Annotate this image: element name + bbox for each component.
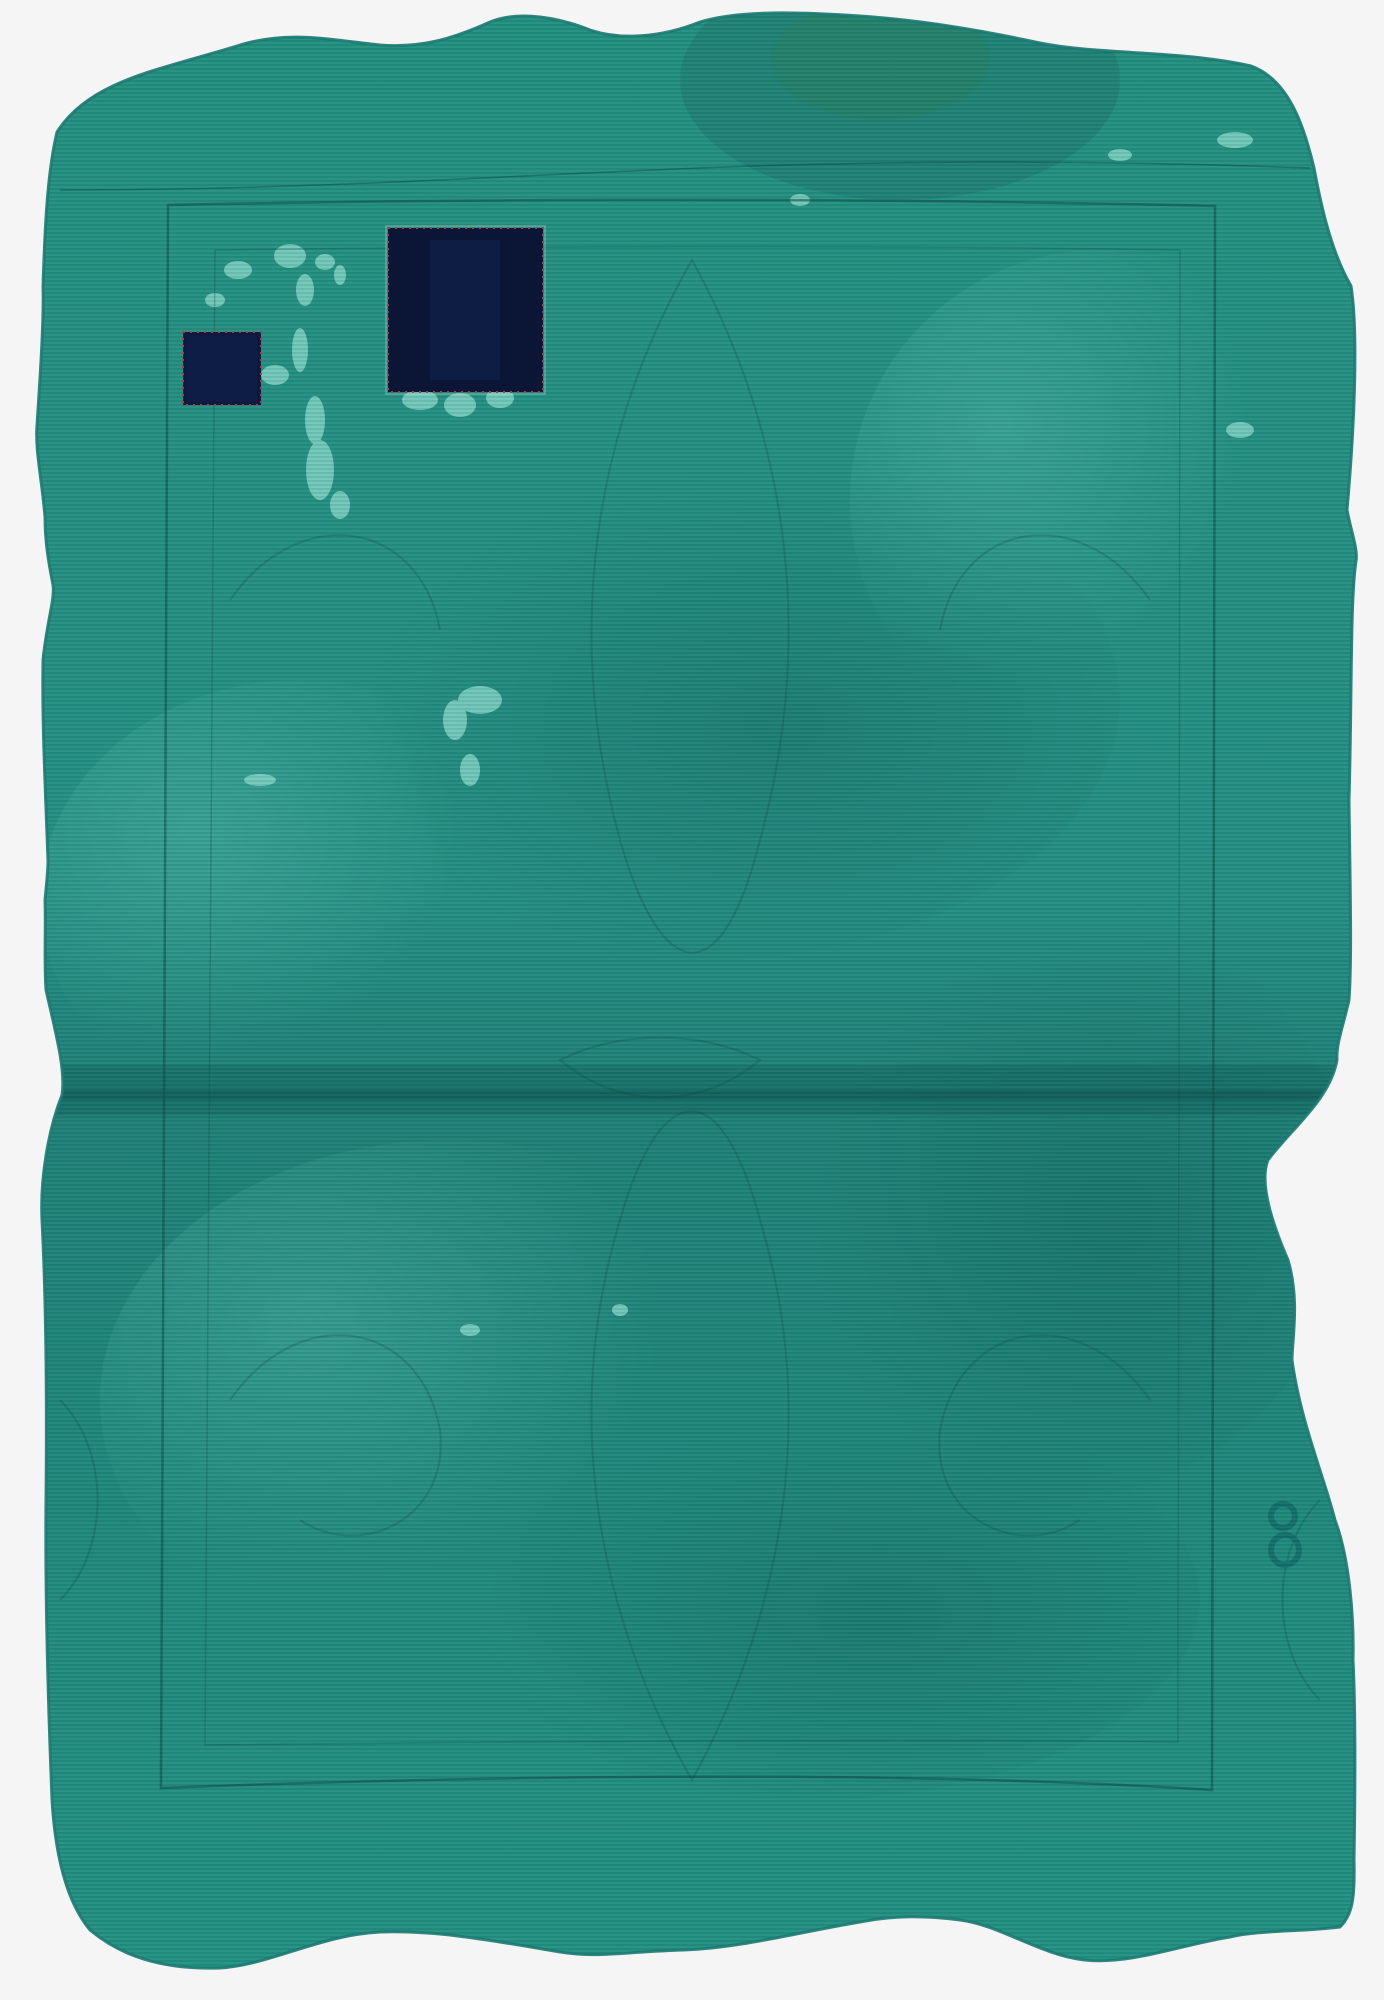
product-photo — [0, 0, 1384, 2000]
rug-body — [0, 0, 1384, 2000]
patch-large — [386, 226, 545, 394]
patch-small — [183, 332, 261, 405]
rug-image — [0, 0, 1384, 2000]
